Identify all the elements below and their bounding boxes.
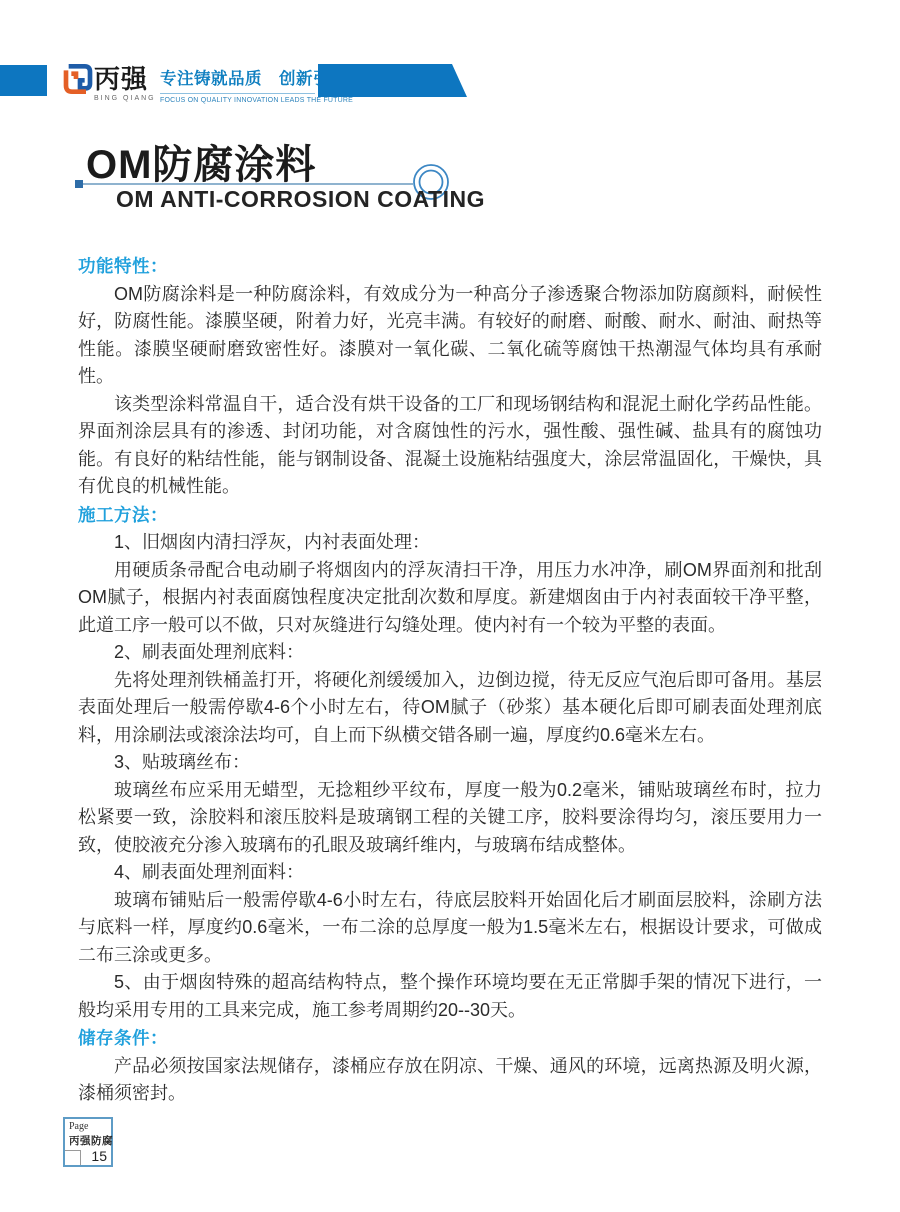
slogan-cn: 专注铸就品质 创新引领未来 [160,65,315,89]
list-item: 2、刷表面处理剂底料： [78,639,822,667]
brand-logo-icon [62,62,94,96]
paragraph: 该类型涂料常温自干，适合没有烘干设备的工厂和现场钢结构和混泥土耐化学药品性能。界… [78,391,822,501]
section-heading-storage: 储存条件： [78,1025,822,1053]
paragraph: 先将处理剂铁桶盖打开，将硬化剂缓缓加入，边倒边搅，待无反应气泡后即可备用。基层表… [78,667,822,750]
paragraph: 玻璃布铺贴后一般需停歇4-6小时左右，待底层胶料开始固化后才刷面层胶料，涂刷方法… [78,887,822,970]
footer-brand: 丙强防腐 [69,1133,113,1148]
list-item: 3、贴玻璃丝布： [78,749,822,777]
brand-name-cn: 丙强 [94,66,156,93]
page-number-box: Page 丙强防腐 15 [63,1117,113,1167]
title-underline [75,183,413,185]
page-number: 15 [91,1148,107,1164]
slogan-en: FOCUS ON QUALITY INNOVATION LEADS THE FU… [160,97,315,104]
paragraph: OM防腐涂料是一种防腐涂料，有效成分为一种高分子渗透聚合物添加防腐颜料，耐候性好… [78,281,822,391]
page-subtitle: OM ANTI-CORROSION COATING [116,186,485,213]
page-label: Page [69,1121,88,1132]
section-features: 功能特性： OM防腐涂料是一种防腐涂料，有效成分为一种高分子渗透聚合物添加防腐颜… [78,253,822,501]
section-application-method: 施工方法： 1、旧烟囱内清扫浮灰，内衬表面处理： 用硬质条帚配合电动刷子将烟囱内… [78,502,822,1025]
page-box-corner-square [65,1150,81,1165]
paragraph: 玻璃丝布应采用无蜡型，无捻粗纱平纹布，厚度一般为0.2毫米，铺贴玻璃丝布时，拉力… [78,777,822,860]
page-title: OM防腐涂料 [86,133,316,190]
header-right-band [318,64,467,97]
paragraph: 产品必须按国家法规储存，漆桶应存放在阴凉、干燥、通风的环境，远离热源及明火源，漆… [78,1053,822,1108]
title-accent-square [75,180,83,188]
paragraph: 5、由于烟囱特殊的超高结构特点，整个操作环境均要在无正常脚手架的情况下进行，一般… [78,969,822,1024]
brand-name-en: BING QIANG [94,95,156,102]
document-body: 功能特性： OM防腐涂料是一种防腐涂料，有效成分为一种高分子渗透聚合物添加防腐颜… [78,253,822,1108]
list-item: 4、刷表面处理剂面料： [78,859,822,887]
paragraph: 用硬质条帚配合电动刷子将烟囱内的浮灰清扫干净，用压力水冲净，刷OM界面剂和批刮O… [78,557,822,640]
section-heading-features: 功能特性： [78,253,822,281]
section-heading-application: 施工方法： [78,502,822,530]
brand-name-block: 丙强 BING QIANG [94,66,156,102]
list-item: 1、旧烟囱内清扫浮灰，内衬表面处理： [78,529,822,557]
document-page: 丙强 BING QIANG 专注铸就品质 创新引领未来 FOCUS ON QUA… [0,0,900,1212]
slogan-divider [160,93,315,94]
header-slogan: 专注铸就品质 创新引领未来 FOCUS ON QUALITY INNOVATIO… [160,65,315,104]
header-left-bar [0,65,47,96]
section-storage: 储存条件： 产品必须按国家法规储存，漆桶应存放在阴凉、干燥、通风的环境，远离热源… [78,1025,822,1108]
